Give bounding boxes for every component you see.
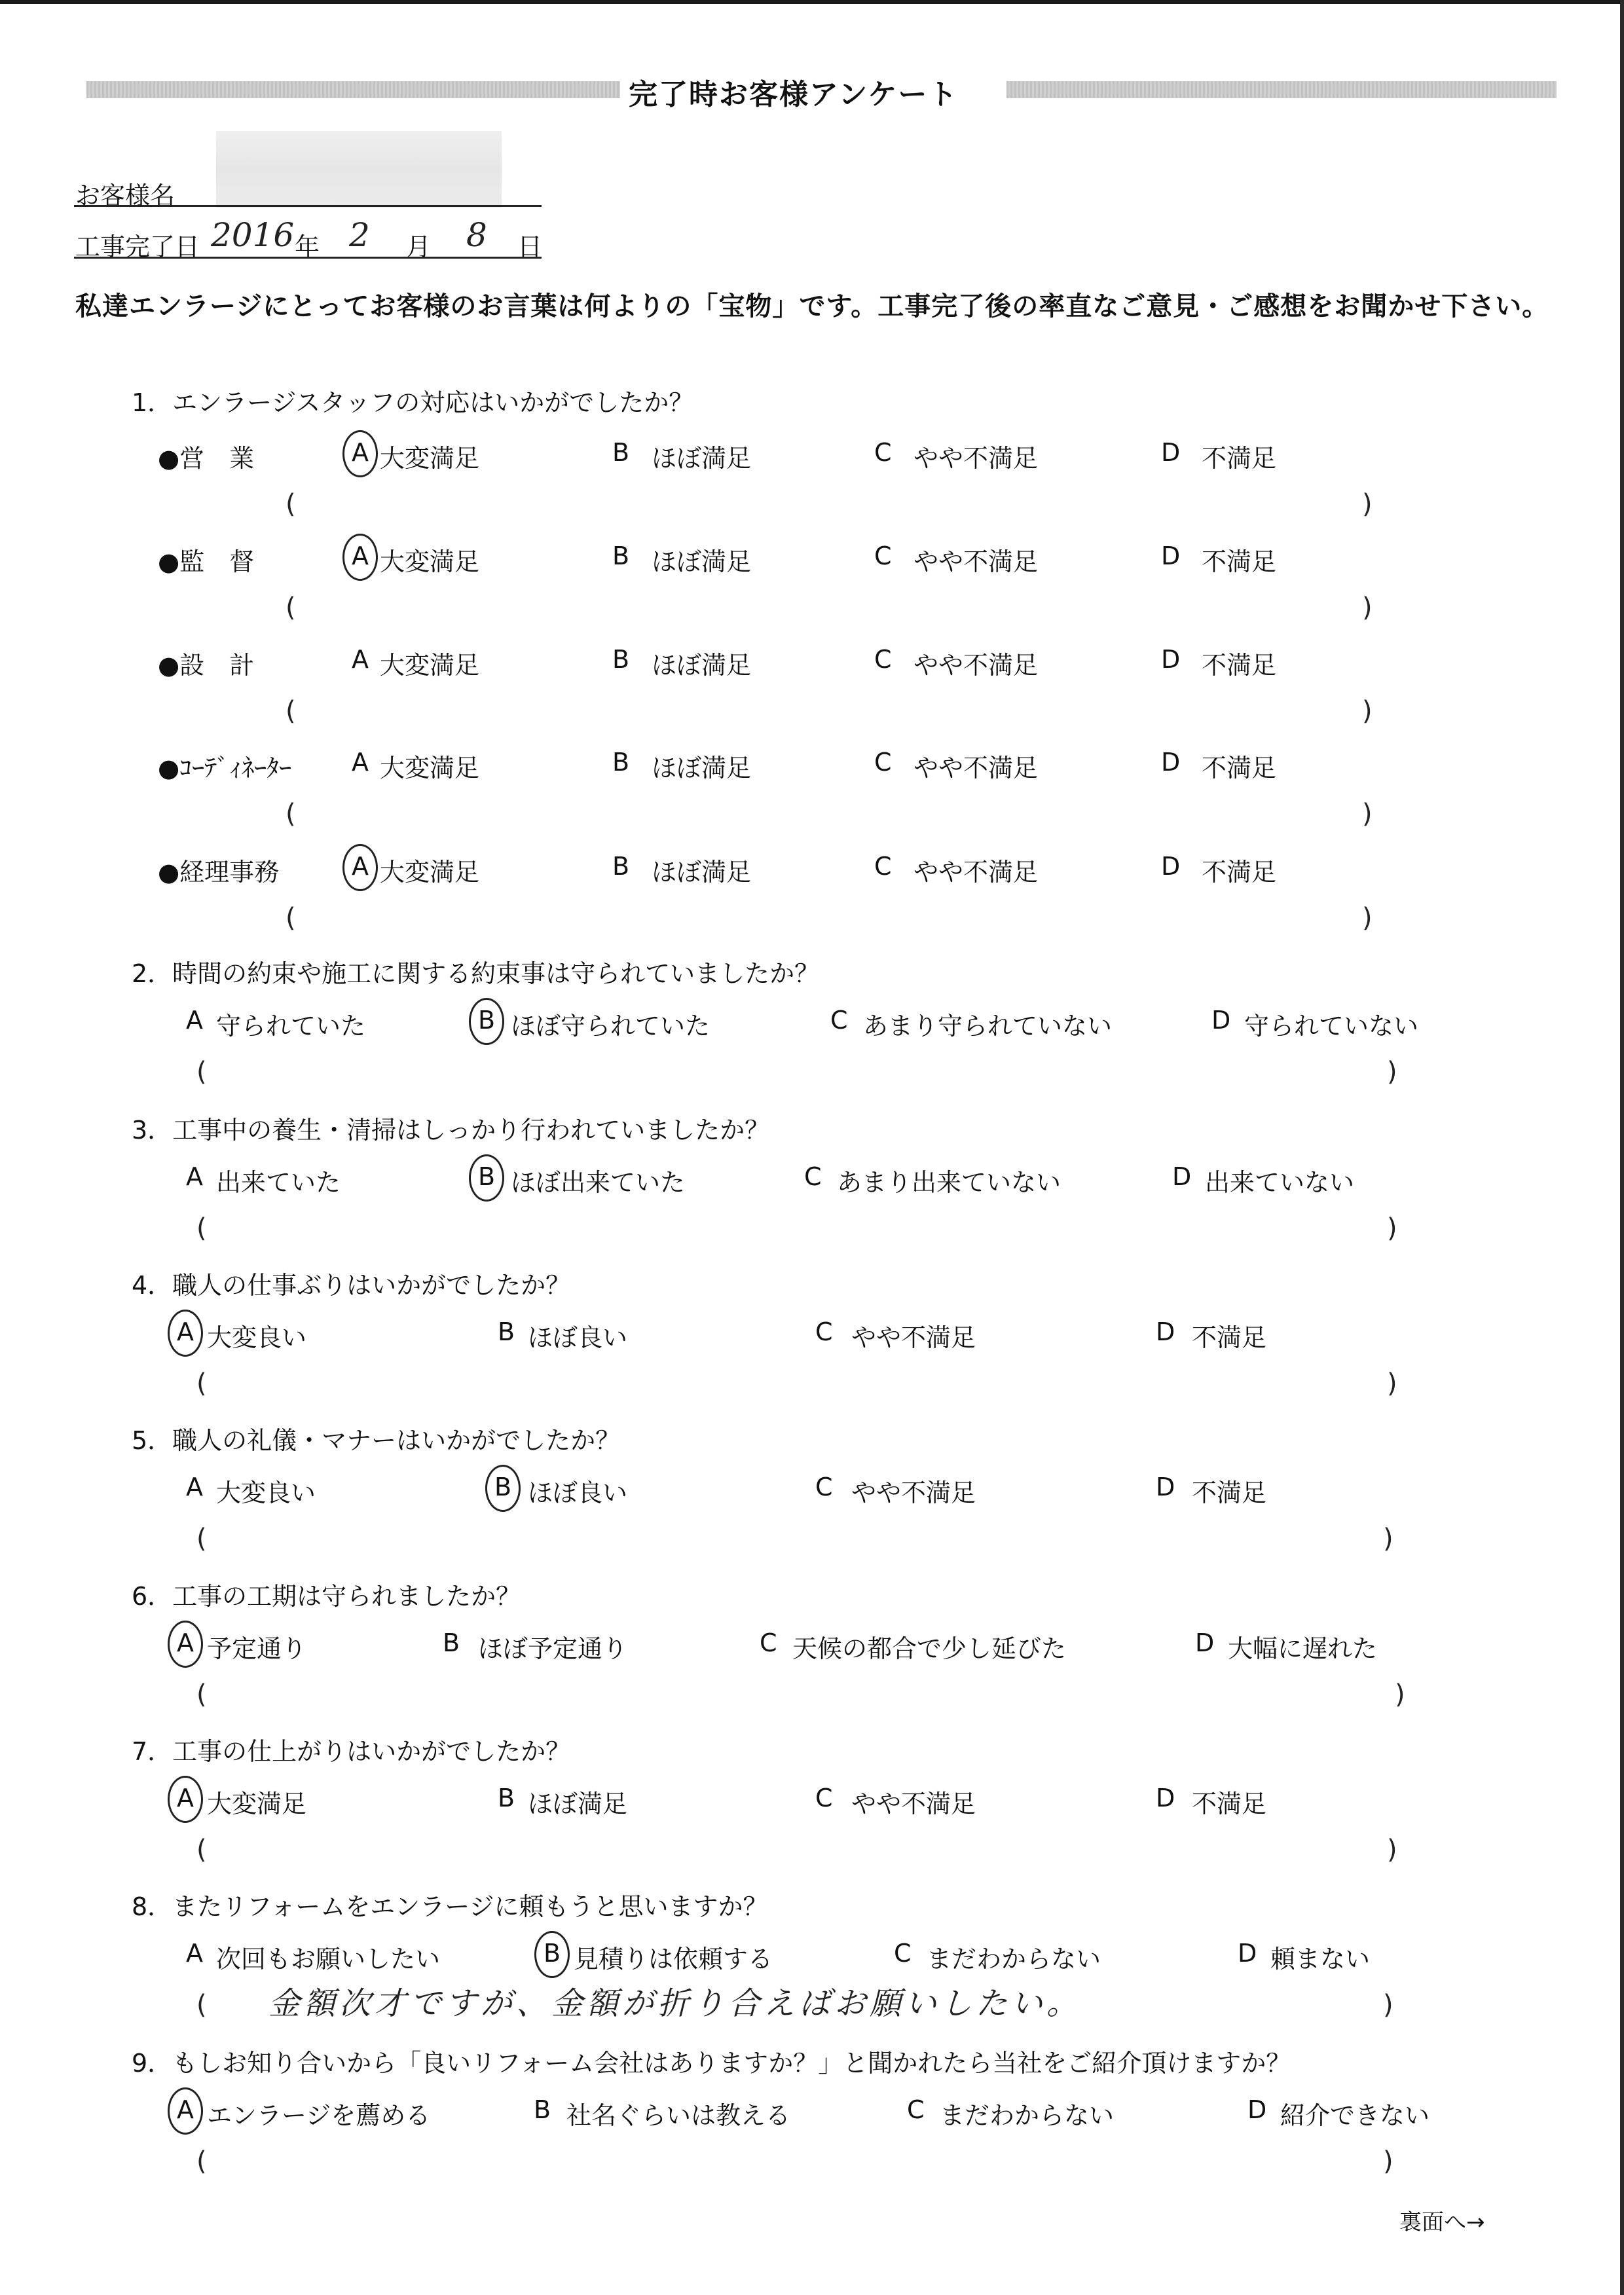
q8-option-c-label[interactable]: まだわからない — [927, 1939, 1101, 1975]
q6-option-a-label[interactable]: 予定通り — [207, 1628, 306, 1664]
q2-option-a-letter[interactable]: A — [186, 1006, 203, 1035]
q2-option-b-label[interactable]: ほぼ守られていた — [511, 1006, 710, 1042]
selected-circle-mark — [168, 2087, 203, 2135]
question-9: 9．もしお知り合いから「良いリフォーム会社はありますか？」と聞かれたら当社をご紹… — [132, 2043, 1291, 2079]
q1-category-label: ●監 督 — [158, 542, 254, 578]
q8-comment-field[interactable]: 金額次才ですが、金額が折り合えばお願いしたい。 — [268, 1978, 1082, 2023]
q1-option-c-label[interactable]: やや不満足 — [913, 438, 1038, 474]
question-8: 8．またリフォームをエンラージに頼もうと思いますか？ — [132, 1886, 768, 1922]
q1-option-d-label[interactable]: 不満足 — [1202, 852, 1276, 888]
q5-option-c-label[interactable]: やや不満足 — [851, 1473, 976, 1509]
selected-circle-mark — [342, 534, 378, 581]
q1-option-b-letter[interactable]: B — [612, 748, 629, 777]
q2-option-d-label[interactable]: 守られていない — [1244, 1006, 1418, 1042]
q1-option-b-label[interactable]: ほぼ満足 — [652, 852, 751, 888]
q1-option-b-letter[interactable]: B — [612, 645, 629, 674]
comment-paren-open: ( — [286, 593, 296, 623]
q7-option-d-letter[interactable]: D — [1156, 1784, 1175, 1812]
q3-option-a-label[interactable]: 出来ていた — [216, 1162, 341, 1198]
q1-option-b-label[interactable]: ほぼ満足 — [652, 438, 751, 474]
q1-option-d-label[interactable]: 不満足 — [1202, 438, 1276, 474]
q5-option-c-letter[interactable]: C — [815, 1473, 833, 1501]
q9-option-d-letter[interactable]: D — [1247, 2095, 1266, 2124]
q1-option-b-label[interactable]: ほぼ満足 — [652, 542, 751, 578]
q8-option-d-letter[interactable]: D — [1238, 1939, 1257, 1968]
comment-paren-open: ( — [286, 799, 296, 829]
comment-paren-close: ) — [1362, 799, 1373, 829]
comment-paren-close: ) — [1383, 2146, 1393, 2176]
q6-option-d-label[interactable]: 大幅に遅れた — [1228, 1628, 1377, 1664]
completion-date-underline — [74, 257, 542, 259]
q8-option-b-label[interactable]: 見積りは依頼する — [574, 1939, 773, 1975]
comment-paren-open: ( — [286, 489, 296, 519]
selected-circle-mark — [485, 1465, 521, 1512]
q2-option-c-label[interactable]: あまり守られていない — [863, 1006, 1112, 1042]
comment-paren-close: ) — [1387, 1368, 1397, 1399]
q7-option-c-label[interactable]: やや不満足 — [851, 1784, 976, 1820]
turn-over-note: 裏面へ→ — [1399, 2204, 1485, 2236]
q2-option-d-letter[interactable]: D — [1211, 1006, 1230, 1035]
q1-option-d-letter[interactable]: D — [1161, 645, 1180, 674]
q1-option-a-label[interactable]: 大変満足 — [380, 542, 479, 578]
question-5: 5．職人の礼儀・マナーはいかがでしたか？ — [132, 1420, 620, 1456]
q1-option-d-letter[interactable]: D — [1161, 748, 1180, 777]
q1-option-c-label[interactable]: やや不満足 — [913, 852, 1038, 888]
selected-circle-mark — [342, 844, 378, 891]
q3-option-a-letter[interactable]: A — [186, 1162, 203, 1191]
q4-option-b-label[interactable]: ほぼ良い — [528, 1317, 627, 1353]
q6-option-c-label[interactable]: 天候の都合で少し延びた — [792, 1628, 1066, 1664]
q4-option-b-letter[interactable]: B — [498, 1317, 515, 1346]
q1-option-a-label[interactable]: 大変満足 — [380, 748, 479, 784]
selected-circle-mark — [168, 1621, 203, 1668]
selected-circle-mark — [168, 1310, 203, 1357]
q6-option-c-letter[interactable]: C — [760, 1628, 777, 1657]
q6-option-d-letter[interactable]: D — [1195, 1628, 1214, 1657]
completion-year[interactable]: 2016 — [211, 216, 294, 254]
q1-option-c-label[interactable]: やや不満足 — [913, 645, 1038, 681]
q1-option-b-label[interactable]: ほぼ満足 — [652, 748, 751, 784]
q1-option-c-letter[interactable]: C — [874, 438, 892, 467]
comment-paren-close: ) — [1362, 489, 1373, 519]
q1-category-label: ●経理事務 — [158, 852, 279, 888]
q8-option-a-label[interactable]: 次回もお願いしたい — [216, 1939, 440, 1975]
question-2: 2．時間の約束や施工に関する約束事は守られていましたか？ — [132, 953, 819, 989]
q1-option-a-label[interactable]: 大変満足 — [380, 852, 479, 888]
title-banner-left — [86, 81, 620, 98]
q1-option-c-letter[interactable]: C — [874, 645, 892, 674]
completion-month[interactable]: 2 — [349, 216, 370, 254]
intro-text: 私達エンラージにとってお客様のお言葉は何よりの「宝物」です。工事完了後の率直なご… — [75, 285, 1549, 323]
q9-option-b-letter[interactable]: B — [534, 2095, 551, 2124]
comment-paren-close: ) — [1362, 903, 1373, 933]
q3-option-b-label[interactable]: ほぼ出来ていた — [511, 1162, 685, 1198]
comment-paren-close: ) — [1395, 1680, 1405, 1710]
comment-paren-close: ) — [1387, 1213, 1397, 1243]
q5-option-b-label[interactable]: ほぼ良い — [528, 1473, 627, 1509]
q5-option-d-letter[interactable]: D — [1156, 1473, 1175, 1501]
comment-paren-open: ( — [196, 1213, 207, 1243]
q7-option-d-label[interactable]: 不満足 — [1192, 1784, 1266, 1820]
q2-option-a-label[interactable]: 守られていた — [216, 1006, 365, 1042]
q1-option-c-label[interactable]: やや不満足 — [913, 748, 1038, 784]
comment-paren-open: ( — [286, 696, 296, 726]
q9-option-d-label[interactable]: 紹介できない — [1280, 2095, 1430, 2131]
q5-option-a-letter[interactable]: A — [186, 1473, 203, 1501]
q1-option-d-letter[interactable]: D — [1161, 852, 1180, 881]
q9-option-a-label[interactable]: エンラージを薦める — [207, 2095, 430, 2131]
scan-border-top — [0, 0, 1624, 4]
comment-paren-open: ( — [196, 1680, 207, 1710]
comment-paren-open: ( — [286, 903, 296, 933]
q8-option-d-label[interactable]: 頼まない — [1270, 1939, 1370, 1975]
q1-option-c-letter[interactable]: C — [874, 542, 892, 570]
q1-option-a-letter[interactable]: A — [352, 645, 369, 674]
completion-day[interactable]: 8 — [466, 216, 487, 254]
comment-paren-close: ) — [1387, 1835, 1397, 1865]
page-title: 完了時お客様アンケート — [629, 71, 958, 113]
selected-circle-mark — [534, 1931, 570, 1978]
question-6: 6．工事の工期は守られましたか？ — [132, 1576, 521, 1612]
comment-paren-close: ) — [1383, 1990, 1393, 2020]
q8-option-a-letter[interactable]: A — [186, 1939, 203, 1968]
q1-option-c-letter[interactable]: C — [874, 748, 892, 777]
q1-option-a-label[interactable]: 大変満足 — [380, 438, 479, 474]
q3-option-d-label[interactable]: 出来ていない — [1205, 1162, 1354, 1198]
q9-option-c-label[interactable]: まだわからない — [940, 2095, 1114, 2131]
comment-paren-open: ( — [196, 1057, 207, 1087]
q8-option-c-letter[interactable]: C — [894, 1939, 912, 1968]
selected-circle-mark — [469, 998, 504, 1045]
q1-category-label: ●設 計 — [158, 645, 254, 681]
q3-option-c-label[interactable]: あまり出来ていない — [837, 1162, 1061, 1198]
q4-option-c-letter[interactable]: C — [815, 1317, 833, 1346]
q1-option-b-letter[interactable]: B — [612, 852, 629, 881]
q3-option-d-letter[interactable]: D — [1172, 1162, 1191, 1191]
q1-option-b-letter[interactable]: B — [612, 542, 629, 570]
comment-paren-open: ( — [196, 1990, 207, 2020]
q4-option-d-letter[interactable]: D — [1156, 1317, 1175, 1346]
q4-option-d-label[interactable]: 不満足 — [1192, 1317, 1266, 1353]
q6-option-b-label[interactable]: ほぼ予定通り — [478, 1628, 627, 1664]
comment-paren-close: ) — [1362, 593, 1373, 623]
q7-option-a-label[interactable]: 大変満足 — [207, 1784, 306, 1820]
comment-paren-open: ( — [196, 2146, 207, 2176]
q1-option-a-label[interactable]: 大変満足 — [380, 645, 479, 681]
q1-option-b-letter[interactable]: B — [612, 438, 629, 467]
q1-option-d-letter[interactable]: D — [1161, 542, 1180, 570]
q9-option-c-letter[interactable]: C — [907, 2095, 925, 2124]
q7-option-c-letter[interactable]: C — [815, 1784, 833, 1812]
question-7: 7．工事の仕上がりはいかがでしたか？ — [132, 1731, 570, 1767]
q4-option-a-label[interactable]: 大変良い — [207, 1317, 306, 1353]
customer-name-underline — [74, 205, 542, 207]
q2-option-c-letter[interactable]: C — [830, 1006, 848, 1035]
q9-option-b-label[interactable]: 社名ぐらいは教える — [566, 2095, 790, 2131]
q6-option-b-letter[interactable]: B — [443, 1628, 460, 1657]
q4-option-c-label[interactable]: やや不満足 — [851, 1317, 976, 1353]
q7-option-b-label[interactable]: ほぼ満足 — [528, 1784, 627, 1820]
scan-border-right — [1620, 0, 1624, 2295]
selected-circle-mark — [168, 1776, 203, 1823]
question-4: 4．職人の仕事ぶりはいかがでしたか？ — [132, 1265, 570, 1301]
q5-option-d-label[interactable]: 不満足 — [1192, 1473, 1266, 1509]
q1-option-a-letter[interactable]: A — [352, 748, 369, 777]
comment-paren-close: ) — [1362, 696, 1373, 726]
comment-paren-open: ( — [196, 1368, 207, 1399]
q5-option-a-label[interactable]: 大変良い — [216, 1473, 316, 1509]
q1-option-b-label[interactable]: ほぼ満足 — [652, 645, 751, 681]
q1-option-d-label[interactable]: 不満足 — [1202, 645, 1276, 681]
question-1: 1．エンラージスタッフの対応はいかがでしたか？ — [132, 382, 693, 418]
comment-paren-open: ( — [196, 1524, 207, 1554]
q1-option-c-letter[interactable]: C — [874, 852, 892, 881]
selected-circle-mark — [342, 430, 378, 477]
comment-paren-close: ) — [1383, 1524, 1393, 1554]
q1-option-c-label[interactable]: やや不満足 — [913, 542, 1038, 578]
q1-category-label: ●営 業 — [158, 438, 254, 474]
question-3: 3．工事中の養生・清掃はしっかり行われていましたか？ — [132, 1110, 769, 1146]
q7-option-b-letter[interactable]: B — [498, 1784, 515, 1812]
q1-option-d-label[interactable]: 不満足 — [1202, 542, 1276, 578]
customer-name-redacted — [216, 131, 502, 208]
q3-option-c-letter[interactable]: C — [804, 1162, 822, 1191]
comment-paren-open: ( — [196, 1835, 207, 1865]
q1-category-label: ●ｺｰﾃﾞｨﾈｰﾀｰ — [158, 748, 291, 784]
title-banner-right — [1006, 81, 1557, 98]
q1-option-d-label[interactable]: 不満足 — [1202, 748, 1276, 784]
comment-paren-close: ) — [1387, 1057, 1397, 1087]
q1-option-d-letter[interactable]: D — [1161, 438, 1180, 467]
selected-circle-mark — [469, 1154, 504, 1202]
